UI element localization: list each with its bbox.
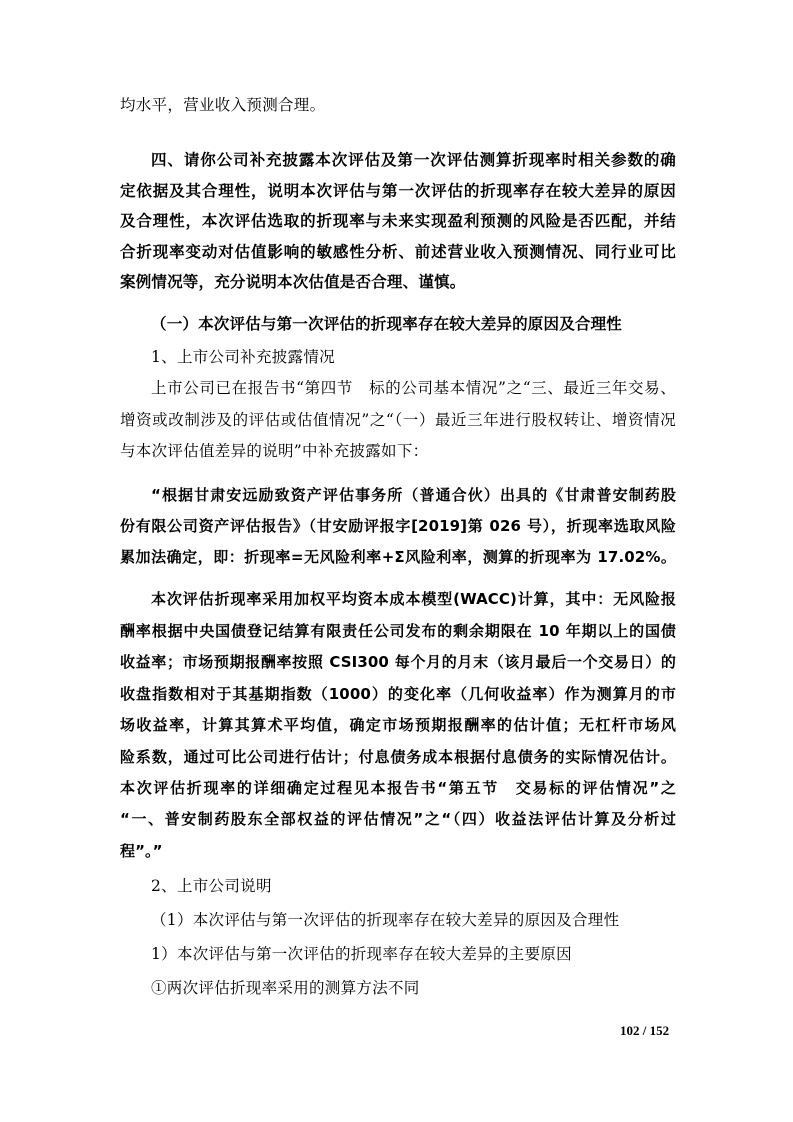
text-line: 增资或改制涉及的评估或估值情况”之“（一）最近三年进行股权转让、增资情况 bbox=[120, 408, 676, 430]
text-line: 收盘指数相对于其基期指数（1000）的变化率（几何收益率）作为测算月的市 bbox=[120, 683, 676, 704]
text-line: （1）本次评估与第一次评估的折现率存在较大差异的原因及合理性 bbox=[151, 908, 676, 930]
text-line: 本次评估折现率采用加权平均资本成本模型(WACC)计算，其中：无风险报 bbox=[151, 588, 676, 609]
text-line: “根据甘肃安远励致资产评估事务所（普通合伙）出具的《甘肃普安制药股 bbox=[151, 484, 676, 505]
text-line: 收益率；市场预期报酬率按照 CSI300 每个月的月末（该月最后一个交易日）的 bbox=[120, 651, 676, 672]
text-line: 均水平，营业收入预测合理。 bbox=[120, 93, 676, 115]
text-line: ①两次评估折现率采用的测算方法不同 bbox=[151, 976, 676, 998]
text-line: 酬率根据中央国债登记结算有限责任公司发布的剩余期限在 10 年期以上的国债 bbox=[120, 620, 676, 641]
text-line: 2、上市公司说明 bbox=[151, 874, 676, 896]
text-line: （一）本次评估与第一次评估的折现率存在较大差异的原因及合理性 bbox=[151, 312, 676, 334]
text-line: 本次评估折现率的详细确定过程见本报告书“第五节 交易标的评估情况”之 bbox=[120, 777, 676, 798]
text-line: 程”。” bbox=[120, 840, 676, 861]
text-line: 及合理性，本次评估选取的折现率与未来实现盈利预测的风险是否匹配，并结 bbox=[120, 209, 676, 231]
text-line: “一、普安制药股东全部权益的评估情况”之“（四）收益法评估计算及分析过 bbox=[120, 808, 676, 829]
text-line: 场收益率，计算其算术平均值，确定市场预期报酬率的估计值；无杠杆市场风 bbox=[120, 714, 676, 735]
text-line: 与本次评估值差异的说明”中补充披露如下： bbox=[120, 439, 676, 461]
text-line: 案例情况等，充分说明本次估值是否合理、谨慎。 bbox=[120, 270, 676, 292]
text-line: 险系数，通过可比公司进行估计；付息债务成本根据付息债务的实际情况估计。 bbox=[120, 746, 676, 767]
text-line: 合折现率变动对估值影响的敏感性分析、前述营业收入预测情况、同行业可比 bbox=[120, 240, 676, 262]
text-line: 定依据及其合理性，说明本次评估与第一次评估的折现率存在较大差异的原因 bbox=[120, 179, 676, 201]
page-number: 102 / 152 bbox=[620, 1023, 669, 1039]
text-line: 上市公司已在报告书“第四节 标的公司基本情况”之“三、最近三年交易、 bbox=[151, 376, 676, 398]
text-line: 累加法确定，即：折现率=无风险利率+Σ风险利率，测算的折现率为 17.02%。 bbox=[120, 546, 676, 567]
text-line: 1）本次评估与第一次评估的折现率存在较大差异的主要原因 bbox=[151, 942, 676, 964]
text-line: 1、上市公司补充披露情况 bbox=[151, 345, 676, 367]
text-line: 份有限公司资产评估报告》（甘安励评报字[2019]第 026 号），折现率选取风… bbox=[120, 515, 676, 536]
text-line: 四、请你公司补充披露本次评估及第一次评估测算折现率时相关参数的确 bbox=[151, 148, 676, 170]
